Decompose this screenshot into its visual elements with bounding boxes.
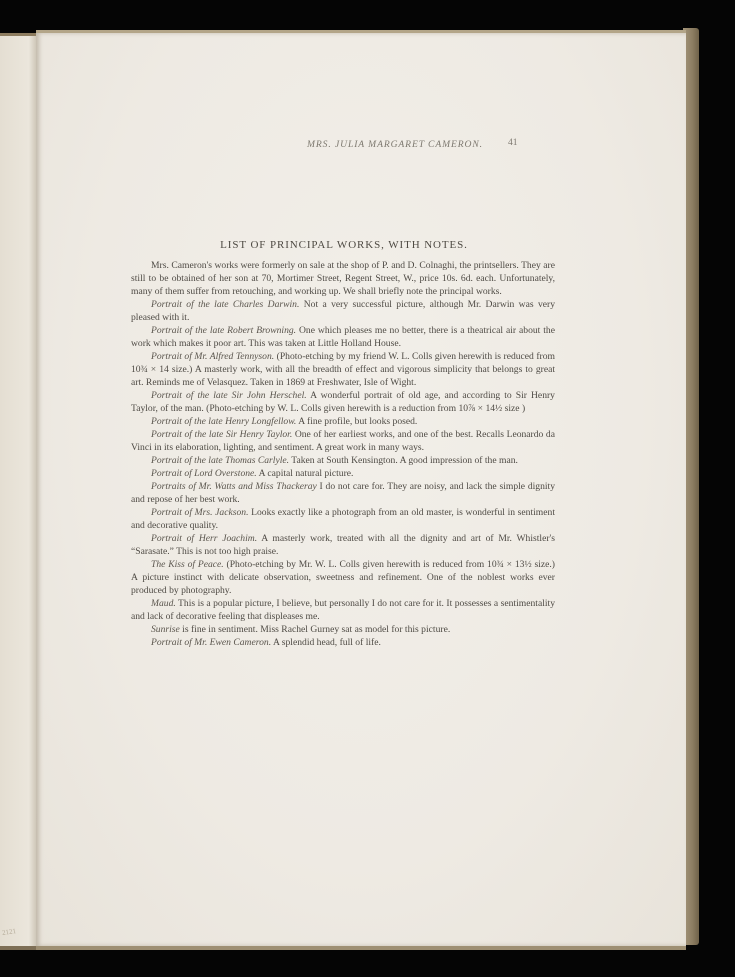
paragraph: Portrait of the late Charles Darwin. Not… <box>131 298 555 324</box>
paragraph: Portraits of Mr. Watts and Miss Thackera… <box>131 480 555 506</box>
paragraph: Portrait of the late Sir John Herschel. … <box>131 389 555 415</box>
body-text: Mrs. Cameron's works were formerly on sa… <box>131 259 555 649</box>
pencil-mark: 2121 <box>2 927 17 937</box>
paragraph: Sunrise is fine in sentiment. Miss Rache… <box>131 623 555 636</box>
book-page: MRS. JULIA MARGARET CAMERON. 41 LIST OF … <box>36 30 686 950</box>
section-title: LIST OF PRINCIPAL WORKS, WITH NOTES. <box>132 239 556 251</box>
paragraph: Portrait of Mr. Ewen Cameron. A splendid… <box>131 636 555 649</box>
page-number: 41 <box>508 138 518 148</box>
paragraph: Portrait of Lord Overstone. A capital na… <box>131 467 555 480</box>
paragraph: Maud. This is a popular picture, I belie… <box>131 597 555 623</box>
paragraph: Portrait of the late Sir Henry Taylor. O… <box>131 428 555 454</box>
paragraph: Mrs. Cameron's works were formerly on sa… <box>131 259 555 298</box>
paragraph: Portrait of Mrs. Jackson. Looks exactly … <box>131 506 555 532</box>
paragraph: Portrait of Herr Joachim. A masterly wor… <box>131 532 555 558</box>
paragraph: Portrait of the late Thomas Carlyle. Tak… <box>131 454 555 467</box>
paragraph: The Kiss of Peace. (Photo-etching by Mr.… <box>131 558 555 597</box>
facing-page-edge: 2121 <box>0 33 36 950</box>
paragraph: Portrait of Mr. Alfred Tennyson. (Photo-… <box>131 350 555 389</box>
paragraph: Portrait of the late Henry Longfellow. A… <box>131 415 555 428</box>
paragraph: Portrait of the late Robert Browning. On… <box>131 324 555 350</box>
